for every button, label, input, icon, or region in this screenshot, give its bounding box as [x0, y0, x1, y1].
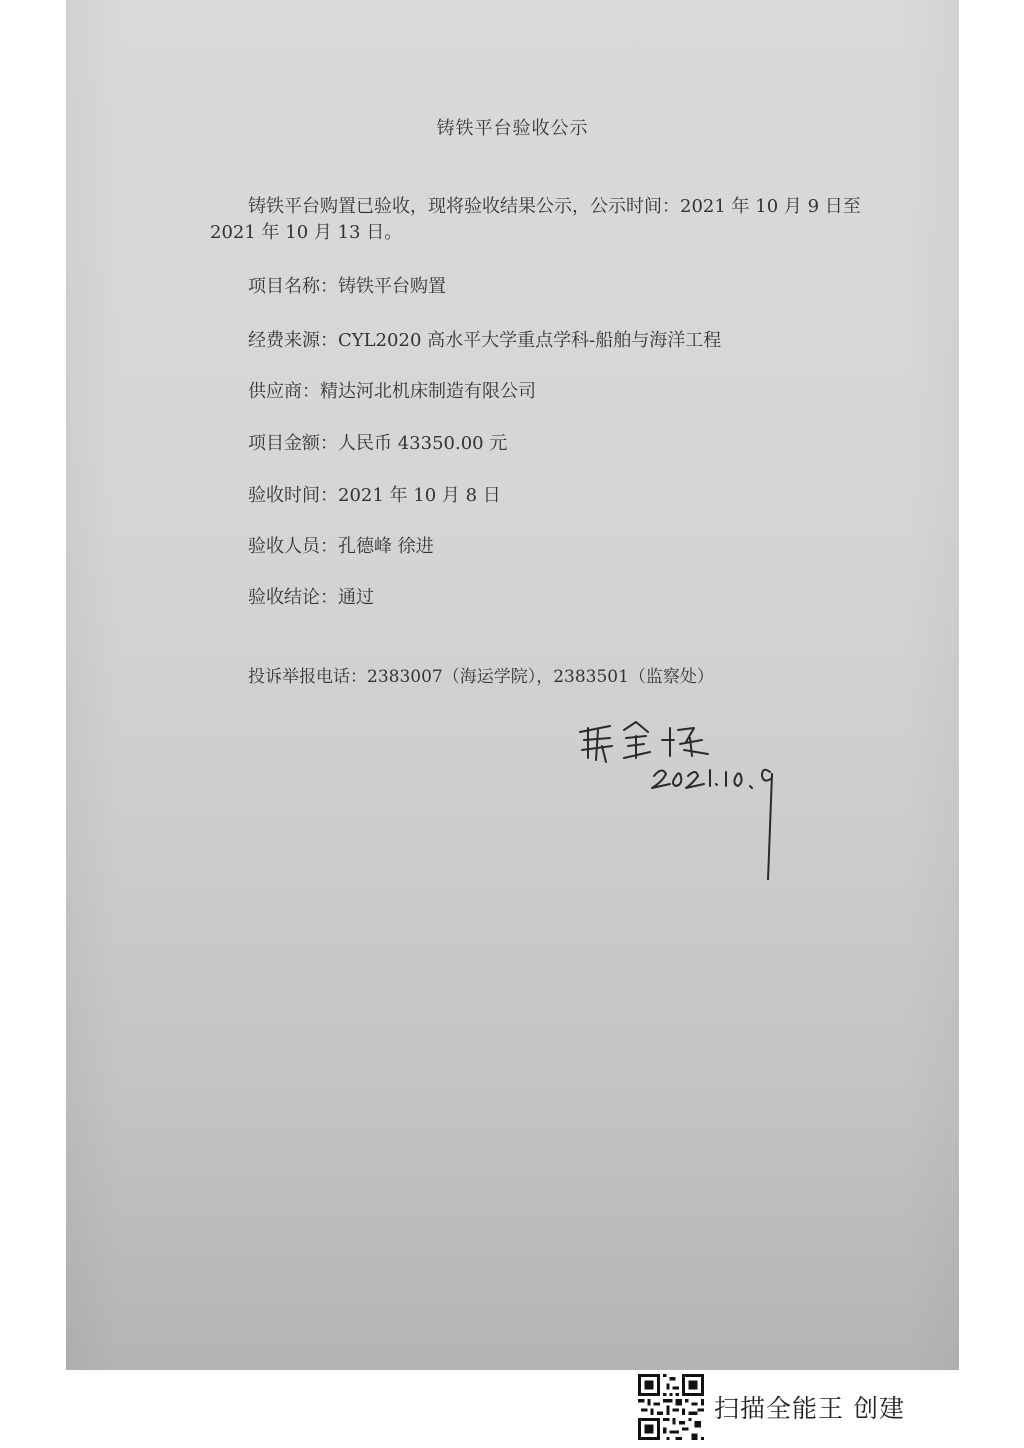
complaint-hotline: 投诉举报电话：2383007（海运学院），2383501（监察处） — [248, 662, 714, 687]
field-supplier: 供应商：精达河北机床制造有限公司 — [248, 377, 536, 403]
field-project-name: 项目名称：铸铁平台购置 — [248, 272, 446, 298]
field-label: 验收结论： — [248, 587, 338, 608]
document-title: 铸铁平台验收公示 — [66, 114, 959, 140]
field-funding-source: 经费来源：CYL2020 高水平大学重点学科-船舶与海洋工程 — [248, 326, 721, 352]
field-value: 2021 年 10 月 8 日 — [338, 485, 501, 506]
field-value: 精达河北机床制造有限公司 — [320, 381, 536, 402]
field-label: 供应商： — [248, 381, 320, 402]
field-amount: 项目金额：人民币 43350.00 元 — [248, 429, 507, 455]
scanner-watermark: 扫描全能王 创建 — [638, 1374, 905, 1440]
field-label: 验收时间： — [248, 485, 338, 506]
field-value: CYL2020 高水平大学重点学科-船舶与海洋工程 — [338, 330, 721, 351]
field-label: 验收人员： — [248, 536, 338, 557]
field-label: 项目金额： — [248, 433, 338, 454]
field-acceptance-date: 验收时间：2021 年 10 月 8 日 — [248, 481, 501, 507]
field-value: 通过 — [338, 587, 374, 608]
field-value: 2383007（海运学院），2383501（监察处） — [367, 667, 714, 687]
field-label: 经费来源： — [248, 330, 338, 351]
handwritten-signature — [566, 710, 806, 880]
field-conclusion: 验收结论：通过 — [248, 583, 374, 609]
qr-code-icon — [638, 1374, 704, 1440]
intro-paragraph: 铸铁平台购置已验收，现将验收结果公示，公示时间：2021 年 10 月 9 日至… — [210, 194, 910, 246]
field-label: 项目名称： — [248, 276, 338, 297]
field-label: 投诉举报电话： — [248, 667, 367, 687]
field-inspectors: 验收人员：孔德峰 徐进 — [248, 532, 434, 558]
field-value: 铸铁平台购置 — [338, 276, 446, 297]
scanned-page: 铸铁平台验收公示 铸铁平台购置已验收，现将验收结果公示，公示时间：2021 年 … — [66, 0, 959, 1370]
watermark-text: 扫描全能王 创建 — [714, 1389, 905, 1425]
field-value: 孔德峰 徐进 — [338, 536, 434, 557]
field-value: 人民币 43350.00 元 — [338, 433, 507, 454]
